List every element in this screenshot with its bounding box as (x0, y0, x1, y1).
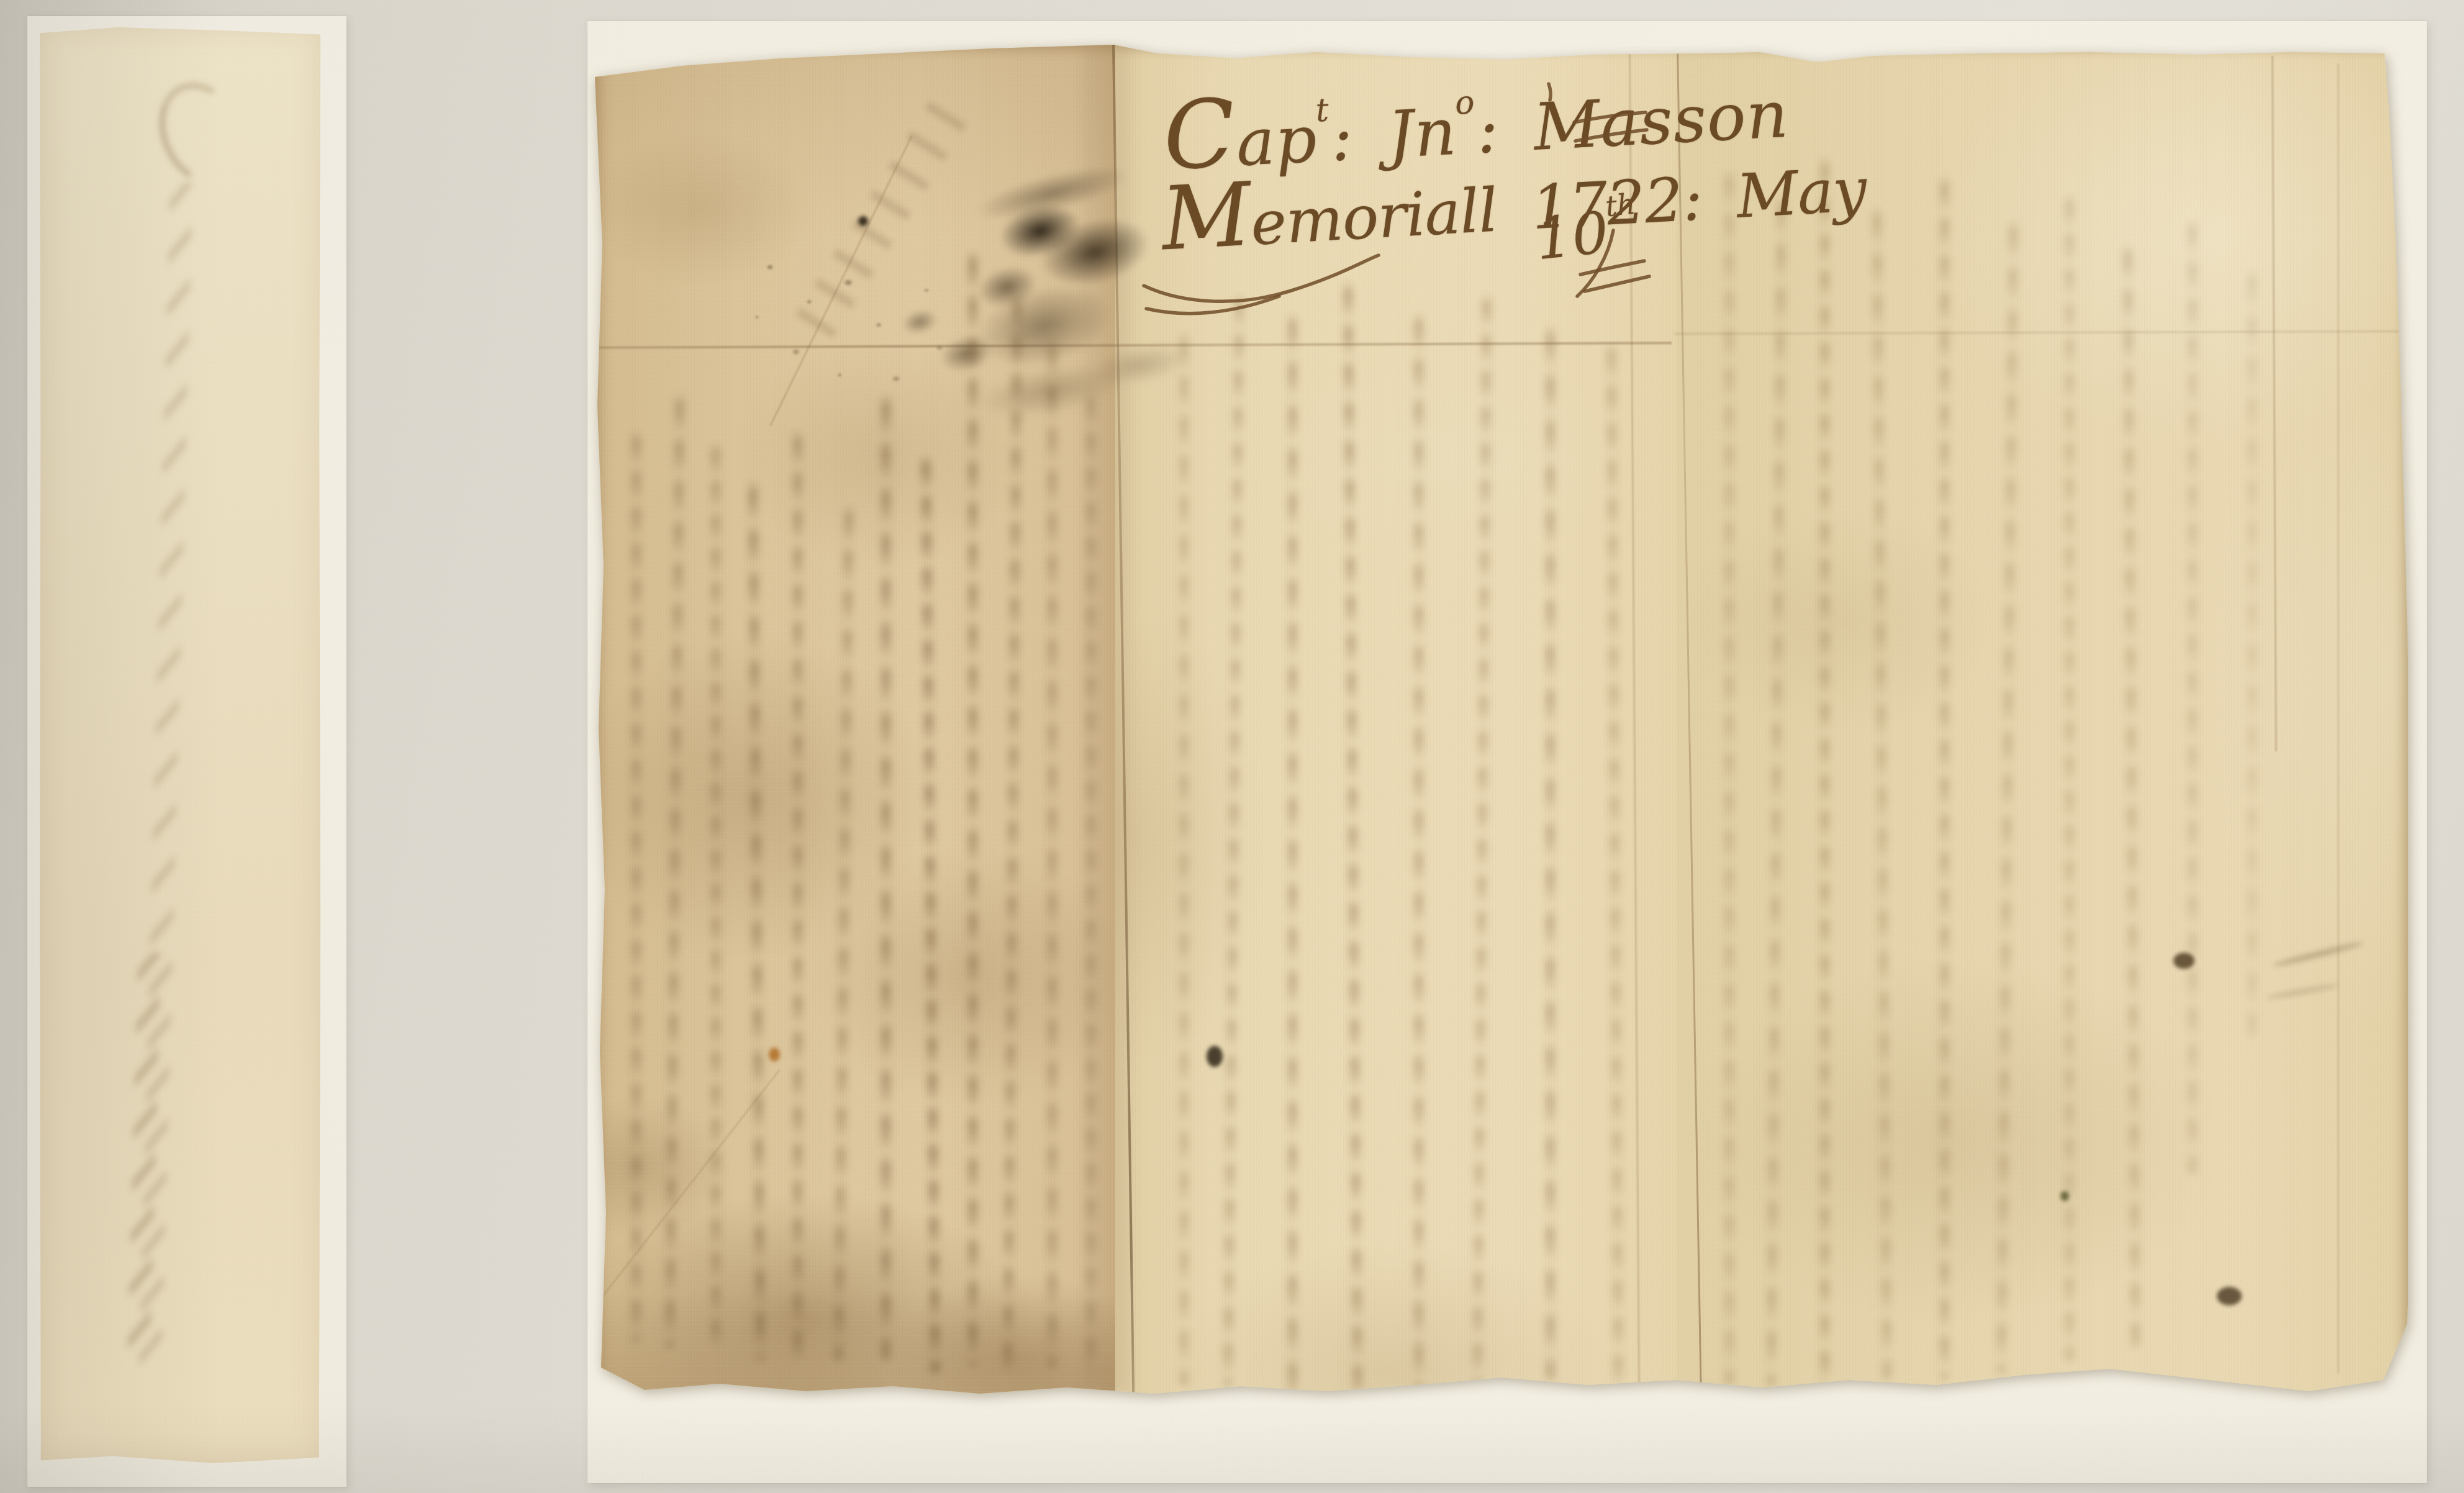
ink-flourish-strokes (1135, 63, 2315, 411)
strip-bleedthrough-mark (147, 71, 256, 196)
left-backing-sheet (27, 16, 346, 1487)
paper-strip-fragment (40, 27, 320, 1463)
photograph-of-manuscript: Capt: Jno: Masson Memoriall 1722: May 10… (0, 0, 2464, 1493)
endorsement: Capt: Jno: Masson Memoriall 1722: May 10… (595, 45, 2408, 1414)
folded-letter-verso: Capt: Jno: Masson Memoriall 1722: May 10… (595, 45, 2408, 1414)
folded-letter-wrap: Capt: Jno: Masson Memoriall 1722: May 10… (595, 45, 2408, 1414)
